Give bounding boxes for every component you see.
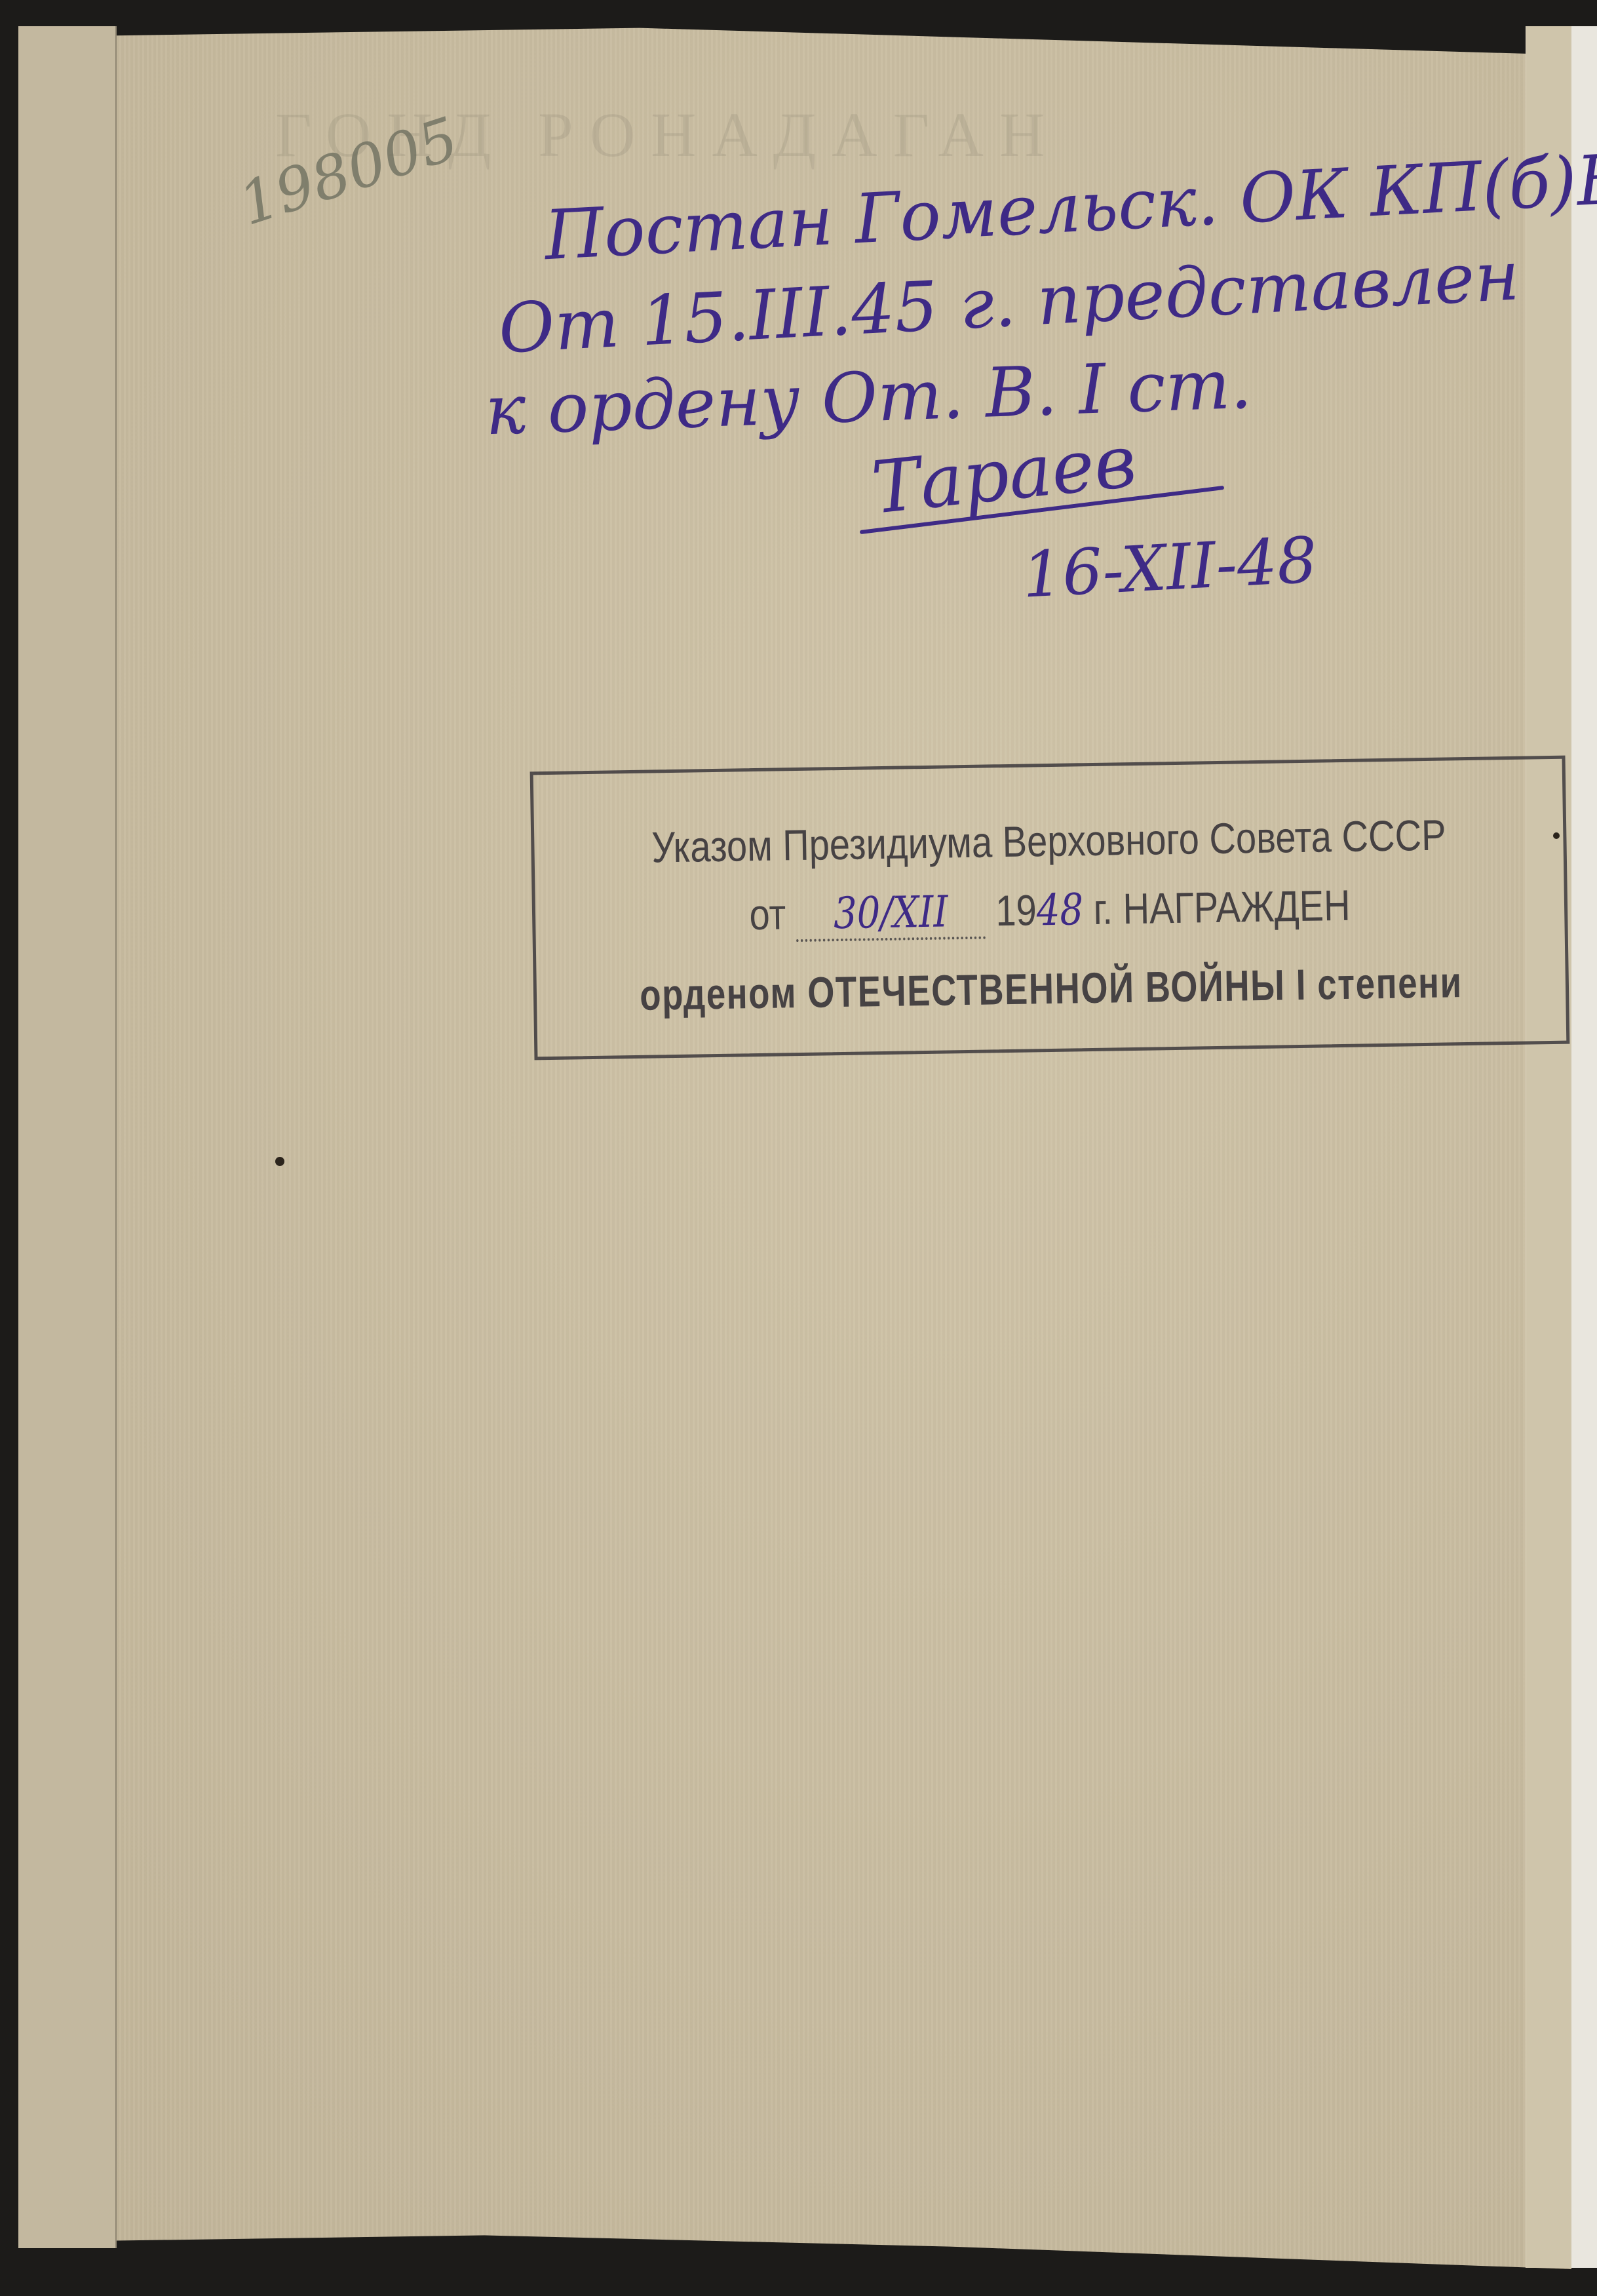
award-stamp: Указом Президиума Верховного Совета СССР… [530, 756, 1570, 1060]
stamp-awarded-label: г. НАГРАЖДЕН [1093, 881, 1351, 933]
paper-speck [275, 1157, 284, 1166]
paper-speck [1553, 832, 1560, 839]
stamp-line-1: Указом Президиума Верховного Совета СССР [611, 809, 1487, 873]
stamp-year-handwritten: 48 [1036, 884, 1084, 935]
stamp-from-label: от [749, 889, 786, 939]
handwritten-date: 16-XII-48 [1020, 523, 1318, 612]
stamp-line-3: орденом ОТЕЧЕСТВЕННОЙ ВОЙНЫ I степени [639, 957, 1463, 1020]
scan-right-edge [1571, 26, 1597, 2268]
binding-margin-strip [18, 26, 117, 2248]
stamp-line-2: от 30/XII 1948 г. НАГРАЖДЕН [612, 878, 1488, 945]
stamp-year-printed: 19 [995, 885, 1037, 935]
stamp-handwritten-date: 30/XII [796, 886, 986, 943]
folded-right-flap [1526, 26, 1572, 2268]
